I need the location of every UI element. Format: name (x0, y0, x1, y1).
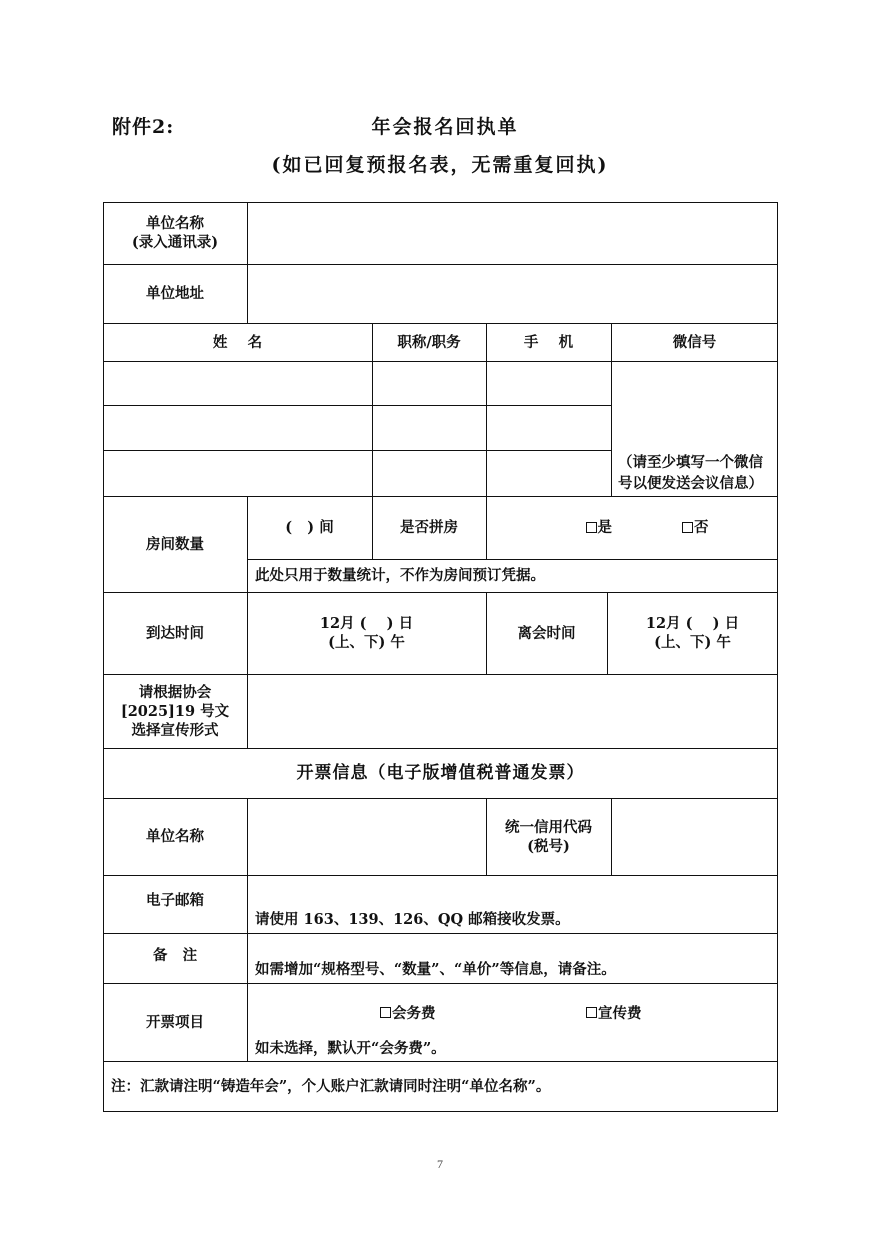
header-phone: 手 机 (486, 323, 611, 361)
invoice-org-name-label: 单位名称 (103, 798, 247, 875)
promo-fee-label: 宣传费 (598, 1002, 642, 1023)
arrival-label: 到达时间 (103, 592, 247, 674)
attendee-1-phone-field[interactable] (487, 362, 611, 405)
promotion-label-line2: [2025]19 号文 (121, 702, 229, 721)
org-name-field[interactable] (248, 203, 777, 264)
departure-label: 离会时间 (486, 592, 607, 674)
form-title: 年会报名回执单 (0, 112, 880, 139)
invoice-org-name-field[interactable] (248, 799, 486, 875)
promotion-field[interactable] (248, 675, 777, 748)
tax-id-label-line2: (税号) (527, 837, 570, 856)
attendee-1-name-field[interactable] (104, 362, 372, 405)
arrival-date-line1: 12月 ( ) 日 (320, 614, 413, 633)
checkbox-icon (586, 522, 597, 533)
attendee-3-phone-field[interactable] (487, 451, 611, 496)
promotion-label: 请根据协会 [2025]19 号文 选择宣传形式 (103, 674, 247, 748)
invoice-section-title: 开票信息（电子版增值税普通发票） (103, 748, 778, 798)
email-label: 电子邮箱 (103, 875, 247, 933)
meeting-fee-label: 会务费 (392, 1002, 436, 1023)
checkbox-icon (586, 1007, 597, 1018)
room-share-label: 是否拼房 (372, 496, 486, 559)
header-title: 职称/职务 (372, 323, 486, 361)
tax-id-label-line1: 统一信用代码 (505, 818, 592, 837)
header-name: 姓 名 (103, 323, 372, 361)
departure-date-line1: 12月 ( ) 日 (646, 614, 739, 633)
option-no-label: 否 (694, 518, 709, 537)
checkbox-icon (682, 522, 693, 533)
checkbox-icon (380, 1007, 391, 1018)
promotion-label-line1: 请根据协会 (139, 683, 212, 702)
departure-date-line2: (上、下) 午 (654, 633, 731, 652)
org-name-label-line1: 单位名称 (146, 214, 204, 233)
attendee-1-title-field[interactable] (373, 362, 486, 405)
page-number: 7 (0, 1157, 880, 1172)
org-address-label: 单位地址 (103, 264, 247, 323)
org-name-label: 单位名称 (录入通讯录) (103, 202, 247, 264)
room-share-no-checkbox[interactable]: 否 (682, 518, 709, 537)
email-hint: 请使用 163、139、126、QQ 邮箱接收发票。 (255, 910, 570, 929)
promo-fee-checkbox[interactable]: 宣传费 (586, 1002, 642, 1023)
meeting-fee-checkbox[interactable]: 会务费 (380, 1002, 436, 1023)
attendee-2-name-field[interactable] (104, 406, 372, 450)
rooms-note: 此处只用于数量统计，不作为房间预订凭据。 (247, 559, 778, 592)
invoice-items-hint: 如未选择，默认开“会务费”。 (247, 1035, 778, 1061)
attendee-3-name-field[interactable] (104, 451, 372, 496)
tax-id-label: 统一信用代码 (税号) (486, 798, 611, 875)
room-count-field[interactable]: ( ) 间 (247, 496, 372, 559)
email-field[interactable]: 请使用 163、139、126、QQ 邮箱接收发票。 (247, 875, 778, 933)
option-yes-label: 是 (598, 518, 613, 537)
arrival-date-field[interactable]: 12月 ( ) 日 (上、下) 午 (247, 592, 486, 674)
tax-id-field[interactable] (612, 799, 777, 875)
invoice-items-label: 开票项目 (103, 983, 247, 1061)
rooms-label: 房间数量 (103, 496, 247, 592)
header-wechat: 微信号 (611, 323, 778, 361)
remark-field[interactable]: 如需增加“规格型号、“数量”、“单价”等信息，请备注。 (247, 933, 778, 983)
footer-note: 注：汇款请注明“铸造年会”，个人账户汇款请同时注明“单位名称”。 (103, 1061, 778, 1112)
remark-hint: 如需增加“规格型号、“数量”、“单价”等信息，请备注。 (255, 960, 616, 979)
org-address-field[interactable] (248, 265, 777, 323)
attendee-2-phone-field[interactable] (487, 406, 611, 450)
attendee-2-title-field[interactable] (373, 406, 486, 450)
room-share-yes-checkbox[interactable]: 是 (586, 518, 613, 537)
wechat-field[interactable]: （请至少填写一个微信号以便发送会议信息） (612, 362, 772, 496)
org-name-label-line2: (录入通讯录) (132, 233, 218, 252)
departure-date-field[interactable]: 12月 ( ) 日 (上、下) 午 (607, 592, 778, 674)
promotion-label-line3: 选择宣传形式 (132, 721, 219, 740)
attendee-3-title-field[interactable] (373, 451, 486, 496)
arrival-date-line2: (上、下) 午 (328, 633, 405, 652)
remark-label: 备 注 (103, 933, 247, 983)
form-subtitle: (如已回复预报名表，无需重复回执) (0, 150, 880, 177)
wechat-hint: （请至少填写一个微信号以便发送会议信息） (618, 452, 772, 494)
invoice-items-options: 会务费 宣传费 (247, 983, 778, 1023)
room-share-options: 是 否 (486, 496, 778, 559)
